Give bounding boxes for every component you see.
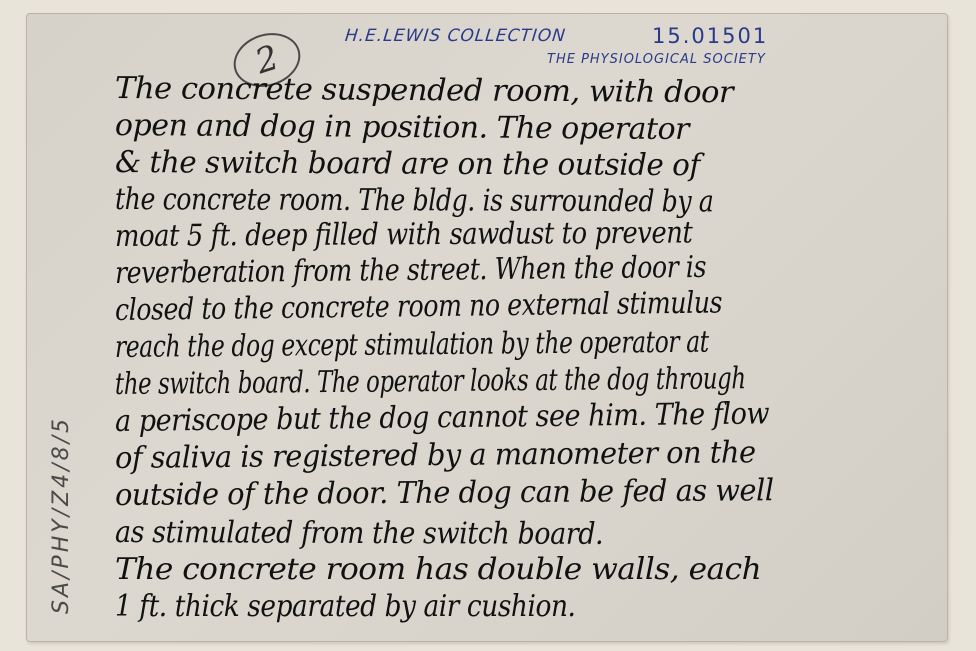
manuscript-line: & the switch board are on the outside of [115, 144, 958, 186]
manuscript-line: The concrete suspended room, with door [115, 70, 976, 113]
manuscript-line: 1 ft. thick separated by air cushion. [115, 588, 872, 625]
collection-stamp: H.E.LEWIS COLLECTION [344, 26, 567, 46]
manuscript-line: as stimulated from the switch board. [115, 514, 889, 554]
index-card: H.E.LEWIS COLLECTION 15.01501 THE PHYSIO… [26, 13, 948, 642]
society-stamp: THE PHYSIOLOGICAL SOCIETY [547, 52, 766, 67]
manuscript-line: reach the dog except stimulation by the … [115, 323, 786, 366]
archive-reference: SA/PHY/Z4/8/5 [49, 416, 74, 614]
collection-id: 15.01501 [652, 24, 768, 48]
manuscript-line: open and dog in position. The operator [115, 107, 975, 150]
manuscript-line: outside of the door. The dog can be fed … [115, 471, 941, 514]
handwritten-text: The concrete suspended room, with door o… [115, 70, 975, 625]
manuscript-line: closed to the concrete room no external … [115, 283, 838, 329]
manuscript-line: of saliva is registered by a manometer o… [115, 432, 941, 477]
manuscript-line: The concrete room has double walls, each [115, 551, 976, 588]
